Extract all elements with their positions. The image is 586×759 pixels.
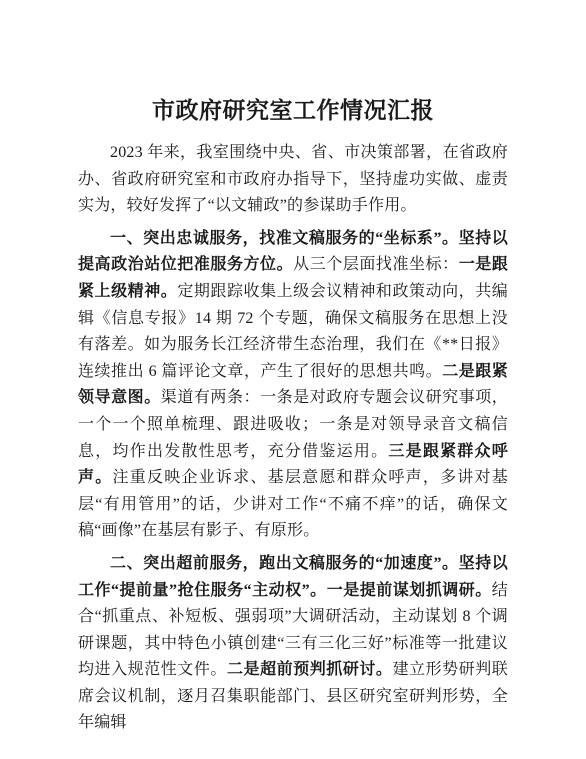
emphasis-text: 一是提前谋划抓调研。 [327, 582, 492, 599]
body-text: 2023 年来，我室围绕中央、省、市决策部署，在省政府办、省政府研究室和市政府办… [78, 144, 508, 214]
paragraph: 二、突出超前服务，跑出文稿服务的“加速度”。坚持以工作“提前量”抢住服务“主动权… [78, 551, 508, 737]
body-text: 从三个层面找准坐标： [293, 256, 459, 273]
document-content: 市政府研究室工作情况汇报 2023 年来，我室围绕中央、省、市决策部署，在省政府… [78, 96, 508, 743]
document-page: 市政府研究室工作情况汇报 2023 年来，我室围绕中央、省、市决策部署，在省政府… [0, 0, 586, 759]
document-title: 市政府研究室工作情况汇报 [78, 96, 508, 126]
paragraph: 2023 年来，我室围绕中央、省、市决策部署，在省政府办、省政府研究室和市政府办… [78, 140, 508, 220]
body-text: 注重反映企业诉求、基层意愿和群众呼声，多讲对基层“有用管用”的话，少讲对工作“不… [78, 469, 508, 539]
emphasis-text: 二是超前预判抓研讨。 [227, 661, 393, 678]
document-body: 2023 年来，我室围绕中央、省、市决策部署，在省政府办、省政府研究室和市政府办… [78, 140, 508, 737]
paragraph: 一、突出忠诚服务，找准文稿服务的“坐标系”。坚持以提高政治站位把准服务方位。从三… [78, 226, 508, 545]
